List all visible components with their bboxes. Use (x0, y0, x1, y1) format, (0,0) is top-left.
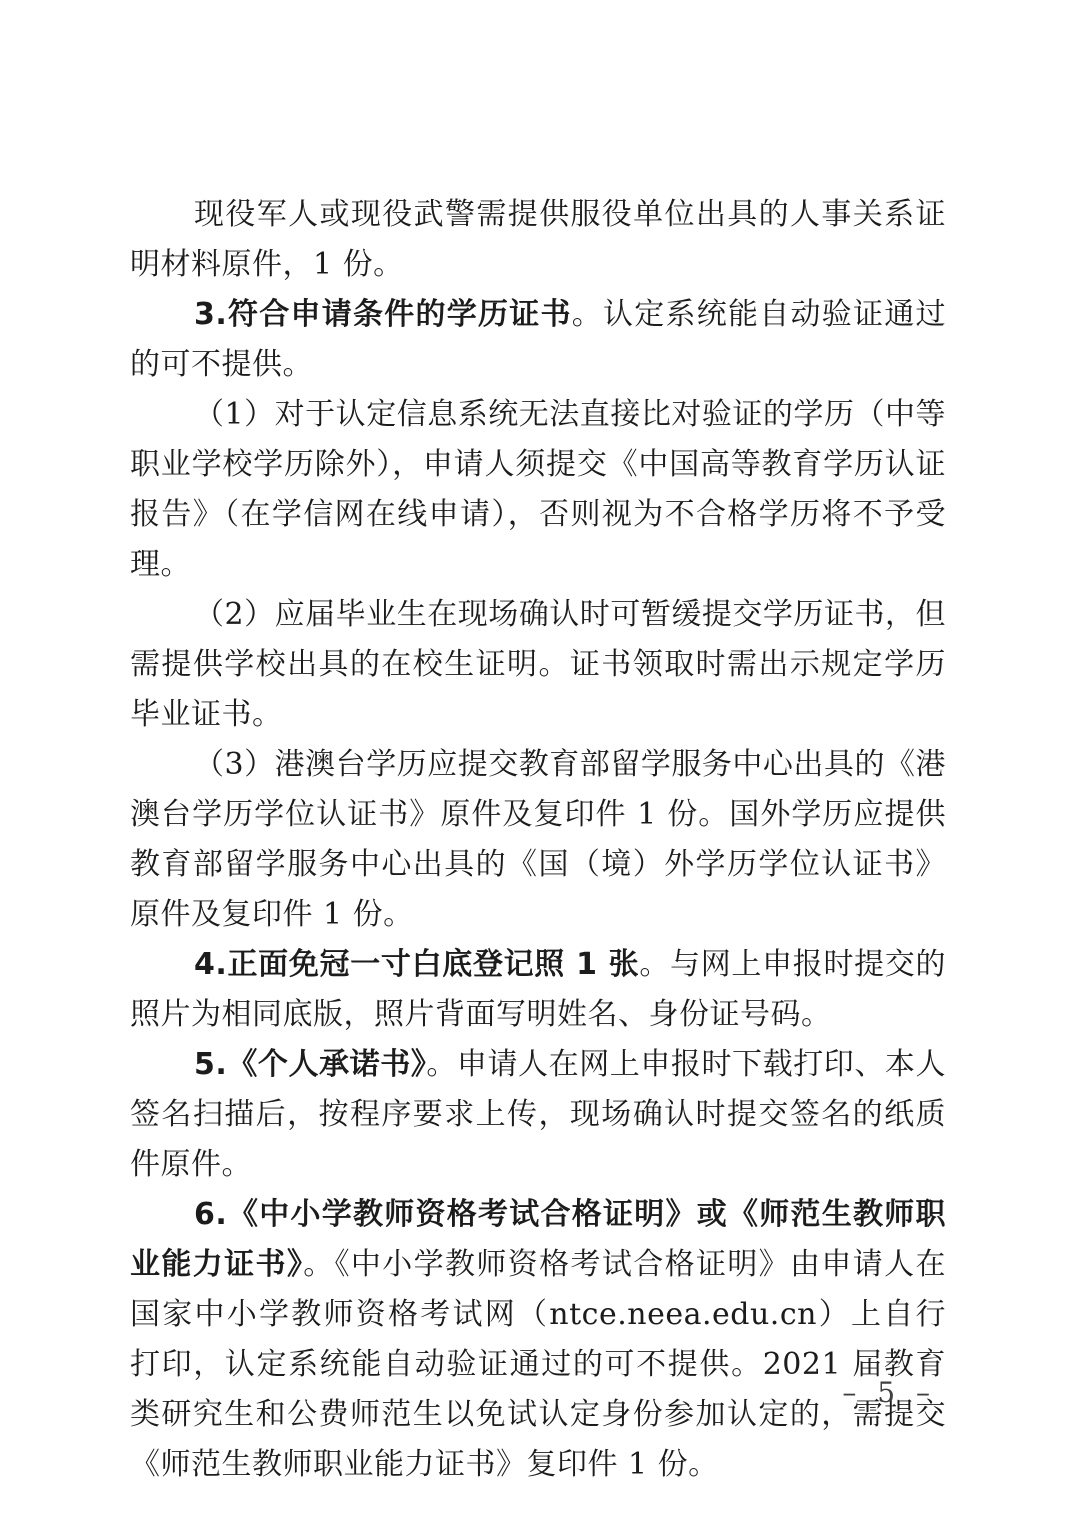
para-text: 。《中小学教师资格考试合格证明》由申请人在国家中小学教师资格考试网（ntce.n… (130, 1247, 946, 1482)
document-body: 现役军人或现役武警需提供服役单位出具的人事关系证明材料原件，1 份。 3.符合申… (130, 190, 946, 1490)
para-sub-2-graduates: （2）应届毕业生在现场确认时可暂缓提交学历证书，但需提供学校出具的在校生证明。证… (130, 590, 946, 740)
para-text: （2）应届毕业生在现场确认时可暂缓提交学历证书，但需提供学校出具的在校生证明。证… (130, 597, 946, 732)
para-item-6-exam-cert: 6.《中小学教师资格考试合格证明》或《师范生教师职业能力证书》。《中小学教师资格… (130, 1190, 946, 1490)
para-text: 现役军人或现役武警需提供服役单位出具的人事关系证明材料原件，1 份。 (130, 197, 946, 282)
para-military-service: 现役军人或现役武警需提供服役单位出具的人事关系证明材料原件，1 份。 (130, 190, 946, 290)
para-item-4-photo: 4.正面免冠一寸白底登记照 1 张。与网上申报时提交的照片为相同底版，照片背面写… (130, 940, 946, 1040)
para-lead: 4.正面免冠一寸白底登记照 1 张 (194, 947, 639, 982)
para-text: （1）对于认定信息系统无法直接比对验证的学历（中等职业学校学历除外），申请人须提… (130, 397, 946, 582)
para-item-3-diploma: 3.符合申请条件的学历证书。认定系统能自动验证通过的可不提供。 (130, 290, 946, 390)
para-item-5-commitment: 5.《个人承诺书》。申请人在网上申报时下载打印、本人签名扫描后，按程序要求上传，… (130, 1040, 946, 1190)
para-sub-1-verification: （1）对于认定信息系统无法直接比对验证的学历（中等职业学校学历除外），申请人须提… (130, 390, 946, 590)
para-lead: 5.《个人承诺书》 (194, 1047, 426, 1082)
page-number: – 5 – (0, 1376, 1074, 1409)
para-lead: 3.符合申请条件的学历证书 (194, 297, 572, 332)
para-sub-3-overseas: （3）港澳台学历应提交教育部留学服务中心出具的《港澳台学历学位认证书》原件及复印… (130, 740, 946, 940)
para-text: （3）港澳台学历应提交教育部留学服务中心出具的《港澳台学历学位认证书》原件及复印… (130, 747, 946, 932)
document-page: 现役军人或现役武警需提供服役单位出具的人事关系证明材料原件，1 份。 3.符合申… (0, 0, 1074, 1520)
